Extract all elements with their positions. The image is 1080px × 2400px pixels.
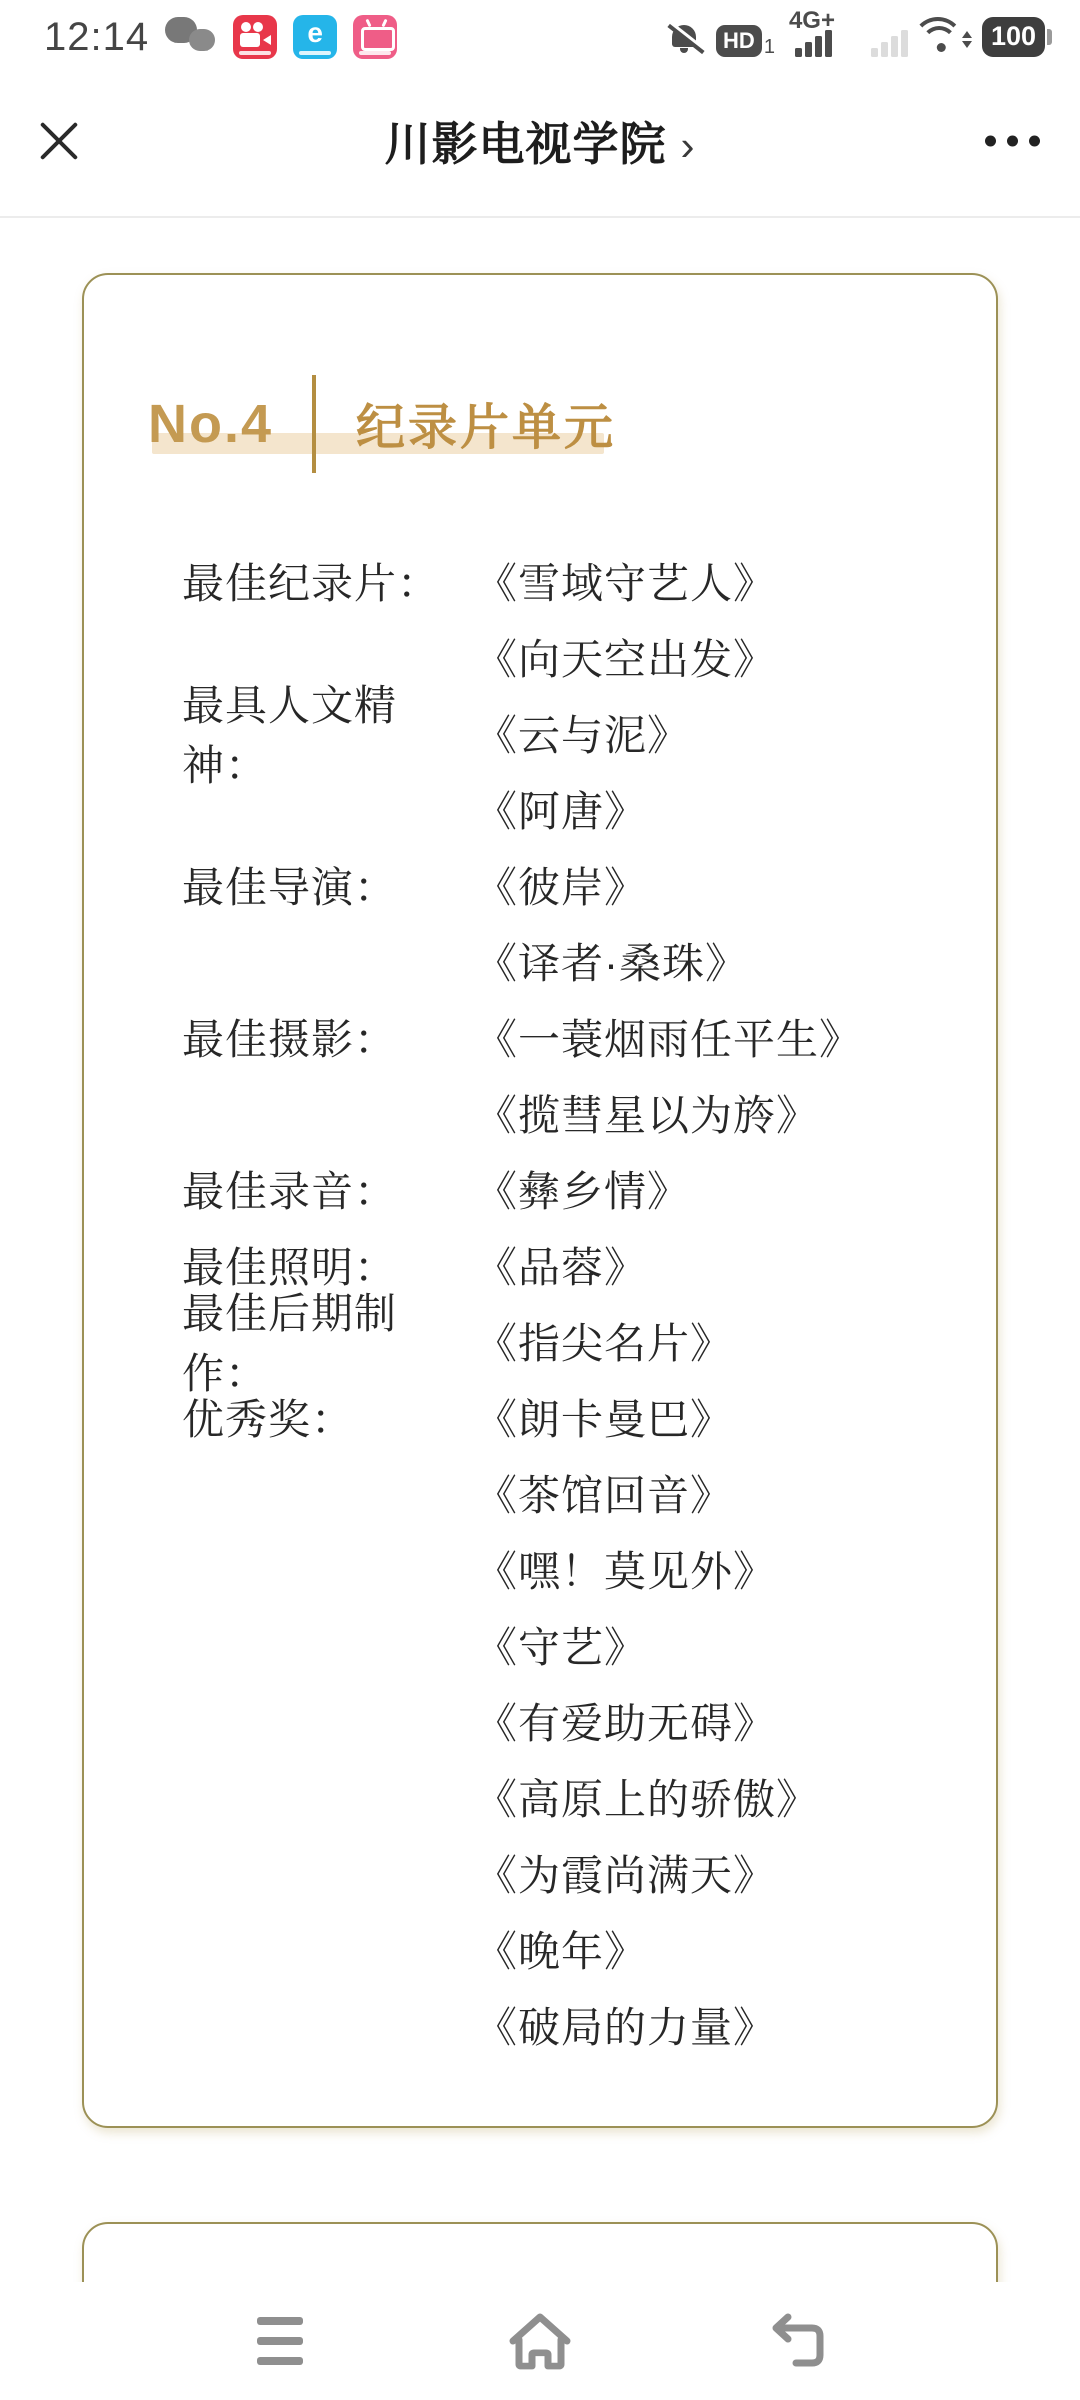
award-category: 最佳导演：	[182, 855, 475, 915]
video-app-icon	[233, 15, 277, 59]
battery-icon: 100	[982, 17, 1052, 57]
award-row: 最佳导演：《彼岸》	[182, 847, 996, 923]
status-bar: 12:14 e HD 1 4G+ 100	[0, 0, 1080, 66]
award-row: 《高原上的骄傲》	[182, 1759, 996, 1835]
award-category: 优秀奖：	[182, 1387, 475, 1447]
film-title: 《茶馆回音》	[475, 1463, 733, 1523]
film-title: 《守艺》	[475, 1615, 647, 1675]
bilibili-app-icon	[353, 15, 397, 59]
film-title: 《有爱助无碍》	[475, 1691, 776, 1751]
film-title: 《指尖名片》	[475, 1311, 733, 1371]
award-row: 《嘿！莫见外》	[182, 1531, 996, 1607]
award-category: 最佳摄影：	[182, 1007, 475, 1067]
film-title: 《译者·桑珠》	[475, 931, 748, 991]
film-title: 《彝乡情》	[475, 1159, 690, 1219]
film-title: 《嘿！莫见外》	[475, 1539, 776, 1599]
article-header: 川影电视学院›	[0, 66, 1080, 218]
battery-percent: 100	[982, 17, 1045, 57]
heading-divider	[312, 375, 316, 473]
film-title: 《品蓉》	[475, 1235, 647, 1295]
film-title: 《阿唐》	[475, 779, 647, 839]
award-row: 《有爱助无碍》	[182, 1683, 996, 1759]
cellular-signal-sim2-icon	[871, 11, 908, 57]
award-row: 《守艺》	[182, 1607, 996, 1683]
wechat-icon	[165, 15, 217, 59]
back-icon[interactable]	[760, 2301, 840, 2381]
film-title: 《向天空出发》	[475, 627, 776, 687]
award-row: 《译者·桑珠》	[182, 923, 996, 999]
award-list: 最佳纪录片：《雪域守艺人》 《向天空出发》 最具人文精神：《云与泥》 《阿唐》 …	[182, 543, 996, 2063]
award-category: 最佳纪录片：	[182, 551, 475, 611]
eleme-app-icon: e	[293, 15, 337, 59]
award-row: 《茶馆回音》	[182, 1455, 996, 1531]
award-row: 《揽彗星以为旍》	[182, 1075, 996, 1151]
wifi-icon	[916, 17, 968, 57]
chevron-right-icon: ›	[681, 122, 696, 169]
section-number: No.4	[148, 393, 312, 455]
film-title: 《彼岸》	[475, 855, 647, 915]
award-category: 最具人文精神：	[182, 673, 475, 793]
film-title: 《揽彗星以为旍》	[475, 1083, 819, 1143]
recent-apps-icon[interactable]	[240, 2301, 320, 2381]
cellular-signal-sim1-icon: 4G+	[789, 11, 851, 57]
award-category: 最佳录音：	[182, 1159, 475, 1219]
android-nav-bar	[0, 2282, 1080, 2400]
film-title: 《高原上的骄傲》	[475, 1767, 819, 1827]
award-row: 《破局的力量》	[182, 1987, 996, 2063]
award-row: 《晚年》	[182, 1911, 996, 1987]
film-title: 《为霞尚满天》	[475, 1843, 776, 1903]
bell-slash-icon	[666, 21, 702, 57]
award-category: 最佳后期制作：	[182, 1281, 475, 1401]
film-title: 《一蓑烟雨任平生》	[475, 1007, 862, 1067]
award-card: No.4 纪录片单元 最佳纪录片：《雪域守艺人》 《向天空出发》 最具人文精神：…	[82, 273, 998, 2128]
film-title: 《晚年》	[475, 1919, 647, 1979]
film-title: 《朗卡曼巴》	[475, 1387, 733, 1447]
clock: 12:14	[44, 15, 149, 60]
film-title: 《云与泥》	[475, 703, 690, 763]
award-row: 《为霞尚满天》	[182, 1835, 996, 1911]
account-title[interactable]: 川影电视学院›	[0, 108, 1080, 174]
award-row: 最佳摄影：《一蓑烟雨任平生》	[182, 999, 996, 1075]
home-icon[interactable]	[500, 2301, 580, 2381]
section-heading: No.4 纪录片单元	[148, 375, 618, 473]
award-row: 最佳后期制作：《指尖名片》	[182, 1303, 996, 1379]
award-row: 最具人文精神：《云与泥》	[182, 695, 996, 771]
award-row: 最佳纪录片：《雪域守艺人》	[182, 543, 996, 619]
film-title: 《雪域守艺人》	[475, 551, 776, 611]
hd-volte-icon: HD 1	[716, 25, 775, 57]
award-row: 优秀奖：《朗卡曼巴》	[182, 1379, 996, 1455]
film-title: 《破局的力量》	[475, 1995, 776, 2055]
section-title: 纪录片单元	[356, 389, 616, 459]
award-row: 最佳录音：《彝乡情》	[182, 1151, 996, 1227]
more-menu-icon[interactable]	[985, 136, 1040, 147]
